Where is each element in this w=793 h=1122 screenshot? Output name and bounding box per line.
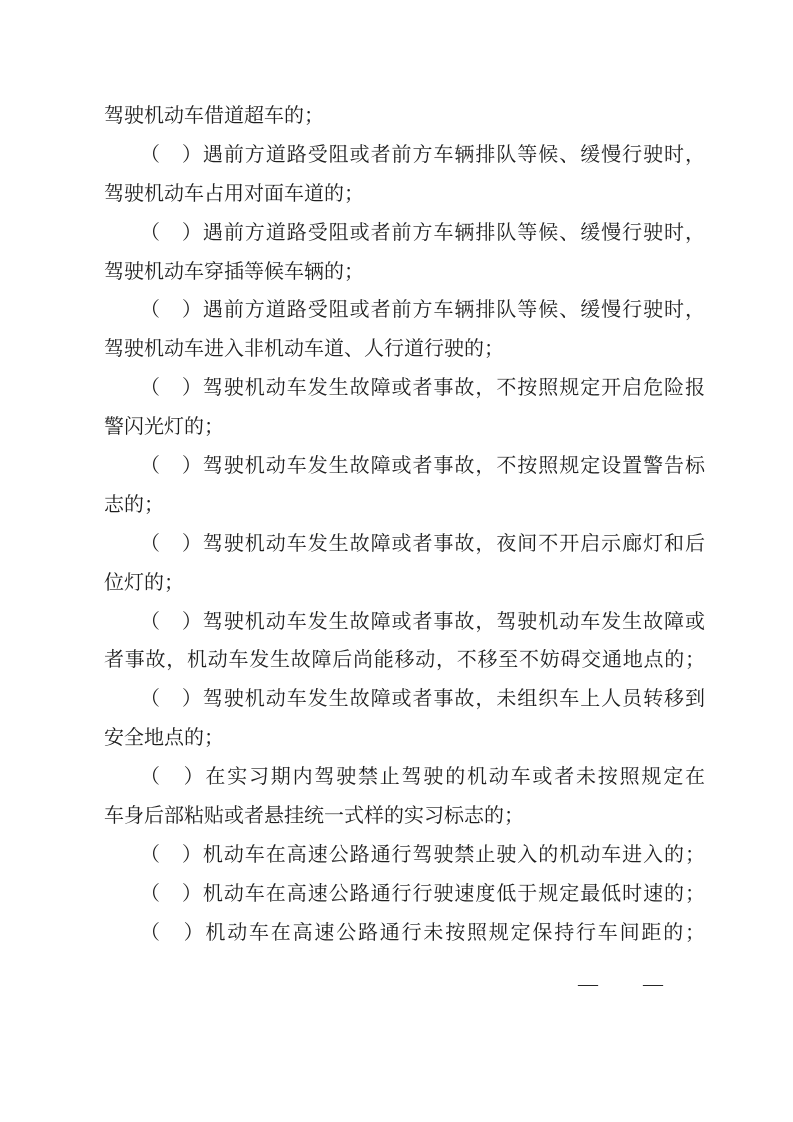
text-line: （ ）机动车在高速公路通行未按照规定保持行车间距的； [104,914,705,953]
text-line: （ ）遇前方道路受阻或者前方车辆排队等候、缓慢行驶时， [104,214,705,253]
text-line: （ ）驾驶机动车发生故障或者事故，夜间不开启示廊灯和后 [104,525,705,564]
text-line: 者事故，机动车发生故障后尚能移动，不移至不妨碍交通地点的； [104,641,705,680]
text-line: 驾驶机动车借道超车的； [104,97,705,136]
text-line: （ ）遇前方道路受阻或者前方车辆排队等候、缓慢行驶时， [104,136,705,175]
footer-dash-right: — [643,974,663,994]
text-line: （ ）机动车在高速公路通行驾驶禁止驶入的机动车进入的； [104,836,705,875]
text-line: （ ）驾驶机动车发生故障或者事故，不按照规定开启危险报 [104,369,705,408]
text-line: （ ）驾驶机动车发生故障或者事故，驾驶机动车发生故障或 [104,603,705,642]
footer-dash-left: — [578,974,598,994]
text-line: （ ）驾驶机动车发生故障或者事故，不按照规定设置警告标 [104,447,705,486]
text-line: 驾驶机动车占用对面车道的； [104,175,705,214]
text-line: 驾驶机动车穿插等候车辆的； [104,253,705,292]
text-line: 驾驶机动车进入非机动车道、人行道行驶的； [104,330,705,369]
text-line: 安全地点的； [104,719,705,758]
text-line: 车身后部粘贴或者悬挂统一式样的实习标志的； [104,797,705,836]
document-text-block: 驾驶机动车借道超车的；（ ）遇前方道路受阻或者前方车辆排队等候、缓慢行驶时，驾驶… [104,97,705,953]
document-page: 驾驶机动车借道超车的；（ ）遇前方道路受阻或者前方车辆排队等候、缓慢行驶时，驾驶… [0,0,793,1122]
text-line: （ ）驾驶机动车发生故障或者事故，未组织车上人员转移到 [104,680,705,719]
text-line: （ ）机动车在高速公路通行行驶速度低于规定最低时速的； [104,875,705,914]
text-line: （ ）遇前方道路受阻或者前方车辆排队等候、缓慢行驶时， [104,291,705,330]
text-line: 位灯的； [104,564,705,603]
text-line: 志的； [104,486,705,525]
text-line: 警闪光灯的； [104,408,705,447]
text-line: （ ）在实习期内驾驶禁止驾驶的机动车或者未按照规定在 [104,758,705,797]
